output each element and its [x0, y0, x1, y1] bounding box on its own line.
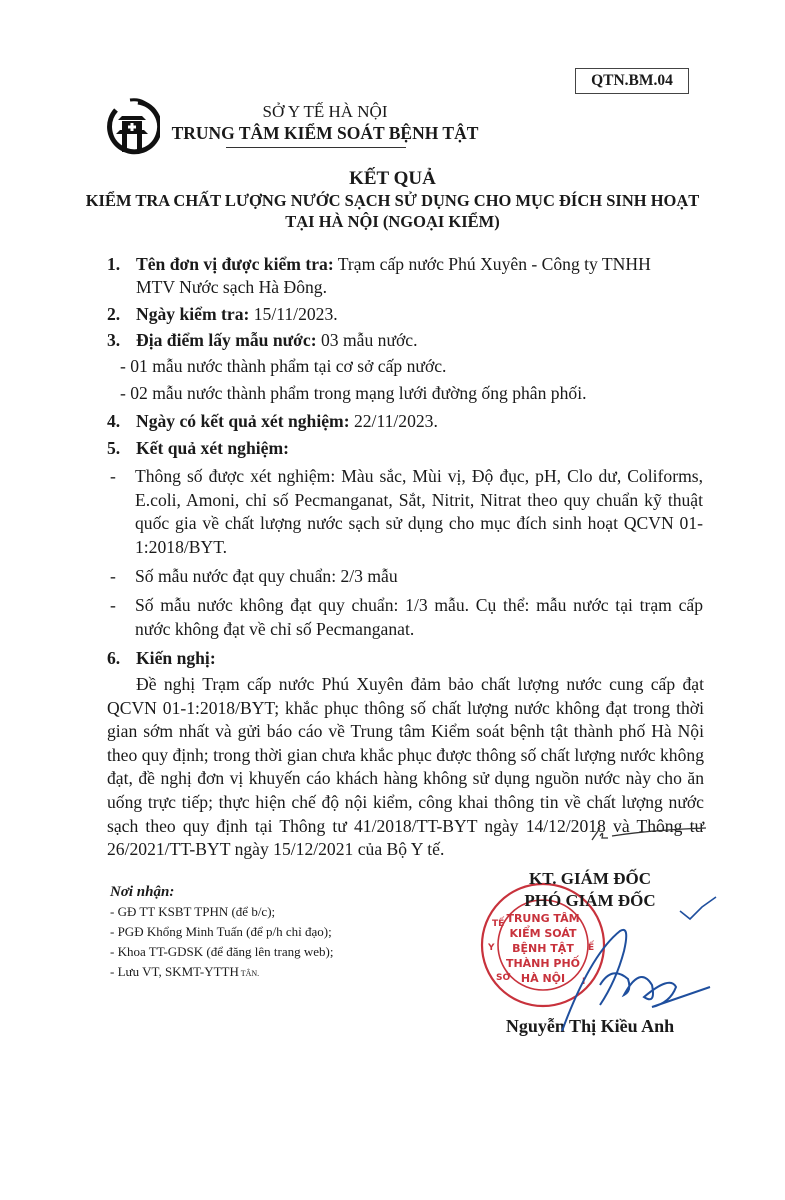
test-result-item: - Số mẫu nước đạt quy chuẩn: 2/3 mẫu: [107, 565, 703, 589]
section-1: 1. Tên đơn vị được kiểm tra: Trạm cấp nư…: [107, 253, 707, 299]
section-6-label: Kiến nghị:: [136, 648, 216, 668]
section-3-label: Địa điểm lấy mẫu nước:: [136, 330, 317, 350]
initial-mark-icon: [590, 822, 710, 847]
section-2: 2. Ngày kiểm tra: 15/11/2023.: [107, 303, 707, 326]
test-result-item: - Thông số được xét nghiệm: Màu sắc, Mùi…: [107, 465, 703, 559]
section-4: 4. Ngày có kết quả xét nghiệm: 22/11/202…: [107, 410, 707, 433]
recipient-item: - Khoa TT-GDSK (để đăng lên trang web);: [110, 942, 333, 962]
svg-text:Y: Y: [487, 943, 495, 953]
section-6: 6. Kiến nghị:: [107, 647, 707, 670]
result-date: 22/11/2023.: [350, 411, 438, 431]
inspection-date: 15/11/2023.: [249, 304, 337, 324]
recipients-block: Nơi nhận: - GĐ TT KSBT TPHN (để b/c); - …: [110, 882, 333, 984]
recipient-item: - Lưu VT, SKMT-YTTH TÂN.: [110, 962, 333, 984]
section-1-value: Trạm cấp nước Phú Xuyên - Công ty TNHH: [334, 254, 651, 274]
svg-text:SỞ: SỞ: [496, 970, 510, 983]
document-title: KẾT QUẢ: [0, 168, 785, 190]
section-5-label: Kết quả xét nghiệm:: [136, 438, 289, 458]
section-1-label: Tên đơn vị được kiểm tra:: [136, 254, 334, 274]
recipient-item: - GĐ TT KSBT TPHN (để b/c);: [110, 902, 333, 922]
header-underline: [226, 147, 406, 148]
section-5: 5. Kết quả xét nghiệm:: [107, 437, 707, 460]
recipients-heading: Nơi nhận:: [110, 882, 333, 902]
sample-count: 03 mẫu nước.: [317, 330, 418, 350]
organization-header: SỞ Y TẾ HÀ NỘI TRUNG TÂM KIỂM SOÁT BỆNH …: [160, 102, 490, 144]
section-4-label: Ngày có kết quả xét nghiệm:: [136, 411, 350, 431]
test-result-item: - Số mẫu nước không đạt quy chuẩn: 1/3 m…: [107, 594, 703, 641]
sample-location-item: - 01 mẫu nước thành phẩm tại cơ sở cấp n…: [120, 355, 446, 378]
sample-location-item: - 02 mẫu nước thành phẩm trong mạng lưới…: [120, 382, 586, 405]
cdc-hanoi-logo-icon: [104, 96, 160, 160]
section-2-label: Ngày kiểm tra:: [136, 304, 249, 324]
handwritten-signature-icon: [520, 895, 720, 1035]
document-subtitle-line2: TẠI HÀ NỘI (NGOẠI KIỂM): [0, 212, 785, 232]
ministry-name: SỞ Y TẾ HÀ NỘI: [160, 102, 490, 122]
signature-title-1: KT. GIÁM ĐỐC: [460, 868, 720, 890]
organization-name: TRUNG TÂM KIỂM SOÁT BỆNH TẬT: [160, 122, 490, 144]
section-3: 3. Địa điểm lấy mẫu nước: 03 mẫu nước.: [107, 329, 707, 352]
form-code-box: QTN.BM.04: [575, 68, 689, 94]
recipient-item: - PGĐ Khổng Minh Tuấn (để p/h chỉ đạo);: [110, 922, 333, 942]
svg-text:TẾ: TẾ: [492, 916, 505, 929]
document-page: QTN.BM.04 SỞ Y TẾ HÀ NỘI TRUNG TÂM KIỂM …: [0, 0, 785, 1200]
document-subtitle-line1: KIỂM TRA CHẤT LƯỢNG NƯỚC SẠCH SỬ DỤNG CH…: [0, 191, 785, 211]
